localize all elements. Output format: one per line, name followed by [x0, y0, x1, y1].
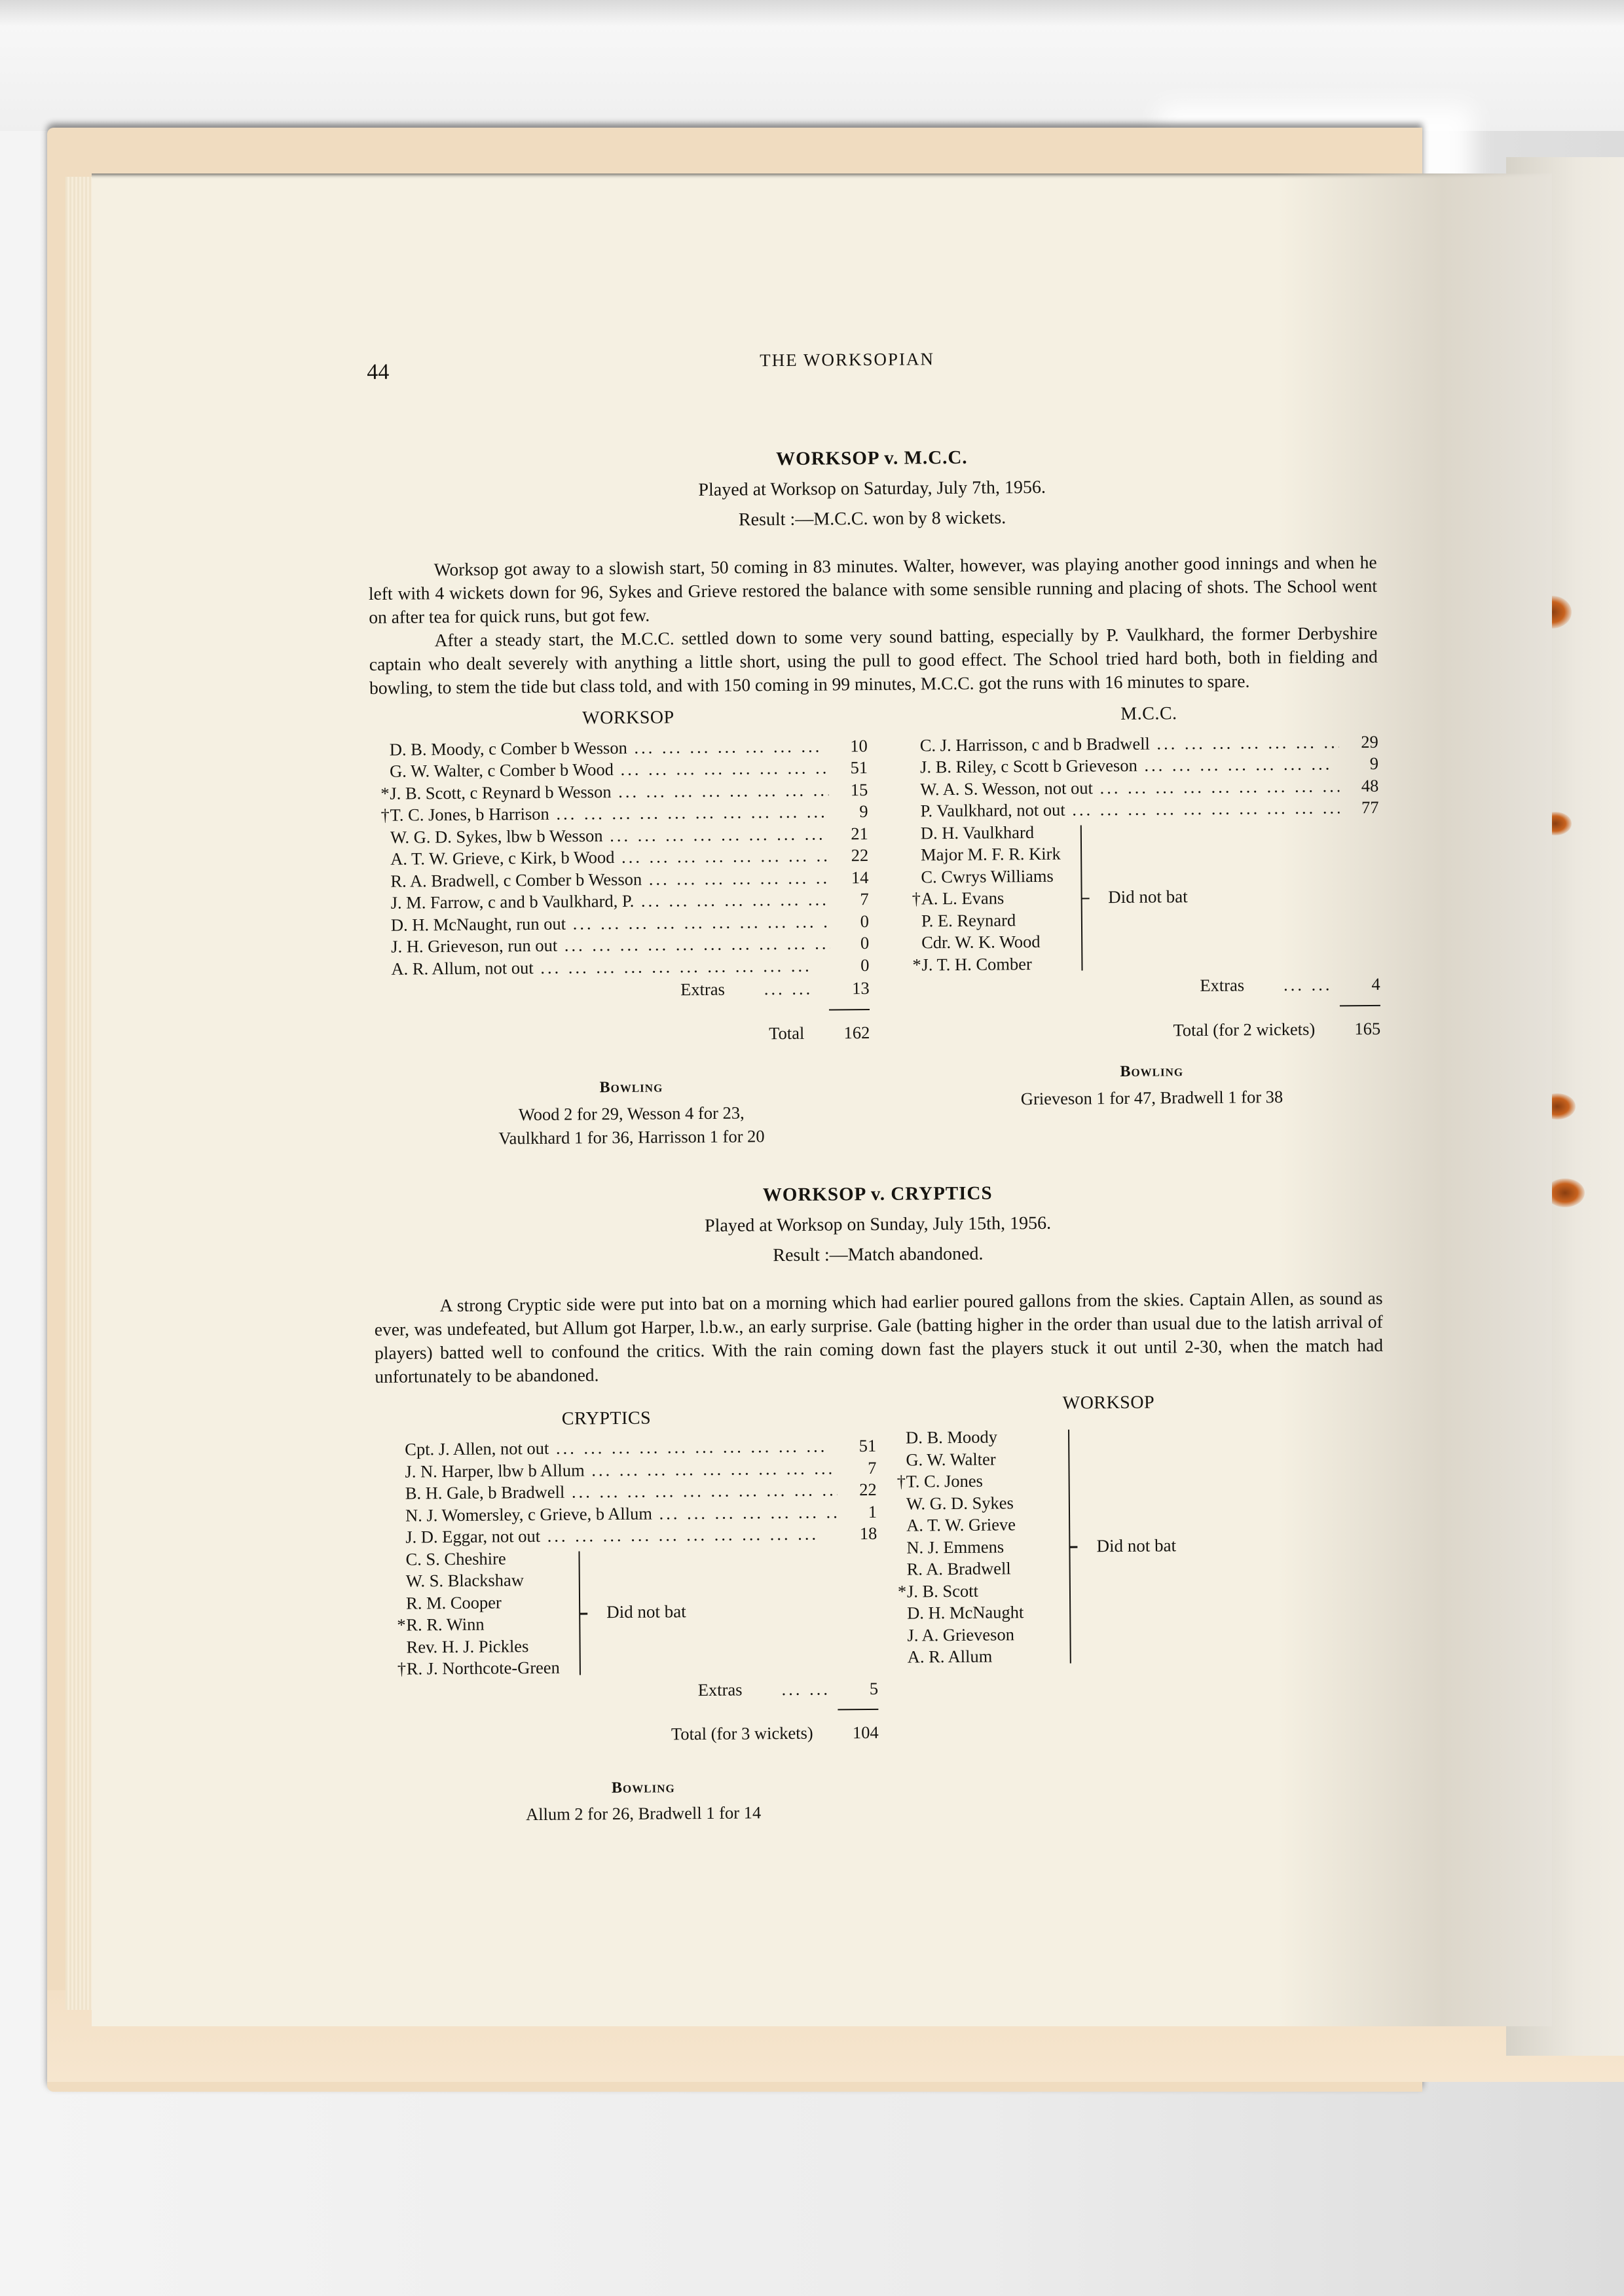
player-name: R. A. Bradwell: [907, 1558, 1011, 1580]
batsman-runs: 15: [828, 779, 868, 801]
player-name: C. Cwrys Williams: [921, 865, 1054, 888]
player-name: N. J. Emmens: [906, 1536, 1004, 1559]
page-number: 44: [367, 360, 389, 385]
did-not-bat-player: †T. C. Jones: [906, 1470, 1023, 1493]
batsman-runs: 9: [1339, 753, 1378, 775]
bowling-heading: Bowling: [392, 1075, 870, 1101]
match-worksop-v-mcc: WORKSOP v. M.C.C. Played at Worksop on S…: [367, 444, 1381, 1151]
batsman-runs: 21: [829, 823, 868, 845]
batsman-runs: 48: [1339, 774, 1378, 797]
did-not-bat-player: D. B. Moody: [906, 1426, 1022, 1449]
innings-cryptics: CRYPTICS Cpt. J. Allen, not out51J. N. H…: [405, 1393, 879, 1827]
player-name: W. S. Blackshaw: [406, 1569, 524, 1592]
bowling-figures: Grieveson 1 for 47, Bradwell 1 for 38: [923, 1084, 1381, 1110]
did-not-bat-group: C. S. CheshireW. S. BlackshawR. M. Coope…: [405, 1544, 878, 1680]
batsman-dismissal: Cpt. J. Allen, not out: [405, 1435, 837, 1461]
total-value: 104: [840, 1722, 879, 1744]
match-report: A strong Cryptic side were put into bat …: [374, 1286, 1383, 1388]
match-venue: Played at Worksop on Saturday, July 7th,…: [368, 475, 1376, 503]
did-not-bat-label: Did not bat: [1096, 1535, 1176, 1557]
player-name: J. B. Scott: [907, 1580, 978, 1602]
batsman-row: R. A. Bradwell, c Comber b Wesson14: [390, 867, 868, 892]
leader-dots: ... ...: [781, 1678, 830, 1700]
did-not-bat-player: †R. J. Northcote-Green: [407, 1657, 560, 1680]
player-name: A. L. Evans: [921, 887, 1005, 909]
batsman-row: B. H. Gale, b Bradwell22: [405, 1479, 877, 1504]
did-not-bat-player: Rev. H. J. Pickles: [406, 1635, 559, 1658]
batsman-row: P. Vaulkhard, not out77: [920, 797, 1378, 822]
batsman-row: W. A. S. Wesson, not out48: [920, 774, 1378, 800]
did-not-bat-player: A. T. W. Grieve: [906, 1514, 1023, 1537]
did-not-bat-player: P. E. Reynard: [921, 909, 1061, 932]
player-name: J. A. Grieveson: [907, 1624, 1014, 1647]
batsman-runs: 0: [830, 932, 869, 955]
player-name: G. W. Walter: [906, 1448, 995, 1471]
did-not-bat-player: R. A. Bradwell: [907, 1558, 1024, 1580]
extras-value: 5: [870, 1677, 879, 1700]
batsman-row: W. G. D. Sykes, lbw b Wesson21: [390, 823, 868, 848]
batsman-dismissal: G. W. Walter, c Comber b Wood: [390, 757, 828, 782]
batsman-row: G. W. Walter, c Comber b Wood51: [390, 757, 868, 782]
batsman-dismissal: D. B. Moody, c Comber b Wesson: [390, 735, 828, 761]
batsman-row: C. J. Harrisson, c and b Bradwell29: [920, 731, 1378, 756]
batsman-row: J. N. Harper, lbw b Allum7: [405, 1457, 876, 1482]
batting-list: D. B. Moody, c Comber b Wesson10G. W. Wa…: [390, 735, 870, 980]
bowling-line: Allum 2 for 26, Bradwell 1 for 14: [407, 1800, 879, 1827]
batsman-row: A. R. Allum, not out0: [391, 955, 869, 980]
extras-value: 13: [852, 977, 870, 1000]
match-result: Result :—Match abandoned.: [374, 1240, 1382, 1269]
match-venue: Played at Worksop on Sunday, July 15th, …: [373, 1210, 1382, 1239]
batsman-row: D. B. Moody, c Comber b Wesson10: [390, 735, 868, 761]
journal-title: THE WORKSOPIAN: [760, 349, 934, 371]
did-not-bat-player: G. W. Walter: [906, 1448, 1022, 1471]
bowling-line: Wood 2 for 29, Wesson 4 for 23,: [392, 1099, 870, 1127]
batsman-dismissal: D. H. McNaught, run out: [391, 911, 830, 936]
innings-worksop: WORKSOP D. B. Moody, c Comber b Wesson10…: [389, 705, 870, 1150]
player-mark: *: [912, 954, 921, 976]
batsman-runs: 14: [829, 867, 868, 889]
player-name: Rev. H. J. Pickles: [406, 1635, 528, 1658]
batsman-dismissal: T. C. Jones, b Harrison: [390, 801, 828, 826]
batsman-runs: 51: [837, 1435, 876, 1457]
batsman-dismissal: N. J. Womersley, c Grieve, b Allum: [405, 1501, 838, 1527]
player-name: Cdr. W. K. Wood: [921, 931, 1041, 954]
batsman-dismissal: J. M. Farrow, c and b Vaulkhard, P.: [391, 888, 830, 914]
player-name: C. S. Cheshire: [405, 1548, 506, 1571]
batsman-dismissal: W. A. S. Wesson, not out: [920, 775, 1339, 801]
batsman-runs: 77: [1339, 797, 1378, 819]
player-mark: *: [898, 1580, 907, 1603]
batsman-runs: 7: [837, 1457, 876, 1479]
did-not-bat-group: D. B. MoodyG. W. Walter†T. C. JonesW. G.…: [906, 1424, 1307, 1668]
player-mark: *: [380, 782, 390, 805]
total-row: Total (for 2 wickets) 165: [922, 1017, 1380, 1043]
extras-value: 4: [1371, 974, 1380, 996]
batsman-dismissal: A. R. Allum, not out: [391, 955, 830, 980]
player-name: Major M. F. R. Kirk: [921, 843, 1061, 866]
report-paragraph: After a steady start, the M.C.C. settled…: [369, 621, 1378, 700]
player-mark: †: [912, 888, 921, 910]
batsman-dismissal: J. B. Riley, c Scott b Grieveson: [920, 753, 1339, 778]
brace: [1068, 1429, 1086, 1663]
total-value: 162: [830, 1021, 870, 1044]
batsman-dismissal: C. J. Harrisson, c and b Bradwell: [920, 731, 1339, 757]
batsman-runs: 22: [829, 845, 868, 867]
player-name: T. C. Jones: [906, 1470, 984, 1493]
scorecards: CRYPTICS Cpt. J. Allen, not out51J. N. H…: [375, 1389, 1387, 1827]
extras-label: Extras: [1200, 975, 1244, 997]
batsman-runs: 22: [838, 1479, 877, 1501]
did-not-bat-label: Did not bat: [1108, 886, 1188, 908]
total-rule: [1340, 1004, 1380, 1006]
batting-list: Cpt. J. Allen, not out51J. N. Harper, lb…: [405, 1435, 877, 1548]
team-name: WORKSOP: [389, 705, 867, 731]
batsman-dismissal: J. B. Scott, c Reynard b Wesson: [390, 779, 828, 805]
innings-mcc: M.C.C. C. J. Harrisson, c and b Bradwell…: [919, 701, 1381, 1146]
extras-label: Extras: [680, 979, 725, 1001]
batsman-row: D. H. McNaught, run out0: [391, 911, 869, 936]
did-not-bat-list: C. S. CheshireW. S. BlackshawR. M. Coope…: [405, 1547, 560, 1680]
batsman-dismissal: P. Vaulkhard, not out: [920, 797, 1339, 822]
player-mark: *: [397, 1614, 406, 1637]
bowling-figures: Wood 2 for 29, Wesson 4 for 23, Vaulkhar…: [392, 1099, 871, 1150]
batsman-runs: 18: [838, 1523, 877, 1545]
extras-label: Extras: [698, 1679, 743, 1701]
batsman-dismissal: J. H. Grieveson, run out: [391, 932, 830, 958]
player-name: R. R. Winn: [406, 1614, 484, 1636]
player-name: D. H. Vaulkhard: [921, 822, 1034, 845]
batsman-row: J. B. Riley, c Scott b Grieveson9: [920, 753, 1378, 778]
player-name: A. T. W. Grieve: [906, 1514, 1016, 1537]
bowling-heading: Bowling: [407, 1775, 879, 1800]
extras-row: Extras ... ... 13: [392, 977, 870, 1003]
did-not-bat-player: D. H. McNaught: [907, 1601, 1024, 1624]
did-not-bat-player: Cdr. W. K. Wood: [921, 931, 1061, 954]
did-not-bat-player: D. H. Vaulkhard: [921, 821, 1061, 844]
brace: [1080, 825, 1097, 971]
bowling-figures: Allum 2 for 26, Bradwell 1 for 14: [407, 1800, 879, 1827]
batsman-dismissal: B. H. Gale, b Bradwell: [405, 1479, 838, 1504]
player-name: J. T. H. Comber: [921, 953, 1032, 976]
batsman-runs: 7: [830, 888, 869, 911]
player-mark: †: [397, 1658, 407, 1681]
team-name: CRYPTICS: [562, 1405, 876, 1429]
match-title: WORKSOP v. CRYPTICS: [373, 1179, 1382, 1209]
batsman-row: J. M. Farrow, c and b Vaulkhard, P.7: [391, 888, 869, 914]
did-not-bat-list: D. B. MoodyG. W. Walter†T. C. JonesW. G.…: [906, 1426, 1024, 1668]
total-label: Total (for 2 wickets): [1173, 1018, 1315, 1041]
batsman-row: J. H. Grieveson, run out0: [391, 932, 869, 958]
did-not-bat-player: W. G. D. Sykes: [906, 1492, 1023, 1515]
batsman-row: Cpt. J. Allen, not out51: [405, 1435, 876, 1461]
batsman-runs: 1: [838, 1501, 877, 1523]
match-result: Result :—M.C.C. won by 8 wickets.: [368, 505, 1376, 534]
did-not-bat-player: W. S. Blackshaw: [406, 1569, 559, 1592]
total-rule: [829, 1008, 870, 1010]
player-name: P. E. Reynard: [921, 909, 1016, 932]
did-not-bat-list: D. H. VaulkhardMajor M. F. R. KirkC. Cwr…: [921, 821, 1061, 975]
batsman-runs: 0: [830, 955, 869, 977]
player-mark: †: [897, 1471, 906, 1493]
total-label: Total (for 3 wickets): [671, 1722, 813, 1745]
did-not-bat-label: Did not bat: [606, 1601, 686, 1623]
did-not-bat-player: J. A. Grieveson: [907, 1624, 1024, 1647]
scorecards: WORKSOP D. B. Moody, c Comber b Wesson10…: [369, 701, 1381, 1151]
player-name: D. H. McNaught: [907, 1601, 1024, 1624]
did-not-bat-player: *J. B. Scott: [907, 1580, 1024, 1603]
batsman-runs: 29: [1339, 731, 1378, 753]
batsman-row: A. T. W. Grieve, c Kirk, b Wood22: [390, 845, 868, 870]
bowling-heading: Bowling: [923, 1059, 1381, 1085]
extras-row: Extras ... ... 5: [407, 1677, 878, 1703]
batsman-dismissal: R. A. Bradwell, c Comber b Wesson: [390, 867, 829, 892]
match-title: WORKSOP v. M.C.C.: [367, 444, 1376, 473]
batsman-runs: 10: [828, 735, 868, 757]
bowling-line: Grieveson 1 for 47, Bradwell 1 for 38: [923, 1084, 1381, 1110]
player-name: W. G. D. Sykes: [906, 1492, 1014, 1515]
batsman-row: J. D. Eggar, not out18: [405, 1523, 877, 1548]
did-not-bat-player: C. Cwrys Williams: [921, 865, 1061, 888]
did-not-bat-player: N. J. Emmens: [906, 1536, 1023, 1559]
batsman-row: *J. B. Scott, c Reynard b Wesson15: [390, 779, 868, 805]
extras-row: Extras ... ... 4: [922, 974, 1380, 999]
player-mark: †: [380, 805, 390, 827]
batsman-dismissal: J. D. Eggar, not out: [405, 1523, 838, 1548]
batsman-runs: 0: [830, 911, 869, 933]
batsman-dismissal: J. N. Harper, lbw b Allum: [405, 1457, 837, 1483]
leader-dots: ... ...: [1283, 974, 1333, 996]
did-not-bat-player: R. M. Cooper: [406, 1591, 559, 1614]
total-row: Total (for 3 wickets) 104: [407, 1722, 879, 1747]
batting-list: C. J. Harrisson, c and b Bradwell29J. B.…: [920, 731, 1379, 822]
player-name: D. B. Moody: [906, 1426, 997, 1449]
did-not-bat-player: *R. R. Winn: [406, 1613, 559, 1636]
leader-dots: ... ...: [764, 978, 813, 1000]
did-not-bat-player: *J. T. H. Comber: [921, 953, 1061, 975]
report-paragraph: Worksop got away to a slowish start, 50 …: [369, 551, 1378, 629]
page-content: 44 THE WORKSOPIAN WORKSOP v. M.C.C. Play…: [367, 339, 1387, 1827]
running-head: 44 THE WORKSOPIAN: [367, 339, 1376, 393]
brace: [578, 1551, 595, 1675]
batsman-runs: 9: [828, 801, 868, 823]
total-label: Total: [769, 1022, 804, 1044]
bowling-line: Vaulkhard 1 for 36, Harrisson 1 for 20: [392, 1123, 870, 1150]
batsman-dismissal: W. G. D. Sykes, lbw b Wesson: [390, 823, 829, 848]
match-worksop-v-cryptics: WORKSOP v. CRYPTICS Played at Worksop on…: [373, 1179, 1387, 1827]
team-name: M.C.C.: [919, 701, 1378, 727]
did-not-bat-player: Major M. F. R. Kirk: [921, 843, 1061, 866]
player-name: R. J. Northcote-Green: [407, 1657, 560, 1680]
did-not-bat-player: C. S. Cheshire: [405, 1547, 559, 1570]
batsman-row: N. J. Womersley, c Grieve, b Allum1: [405, 1501, 877, 1526]
match-report: Worksop got away to a slowish start, 50 …: [369, 551, 1378, 700]
team-name: WORKSOP: [1063, 1390, 1305, 1413]
batsman-dismissal: A. T. W. Grieve, c Kirk, b Wood: [390, 845, 829, 870]
total-rule: [838, 1709, 878, 1710]
report-paragraph: A strong Cryptic side were put into bat …: [374, 1286, 1383, 1388]
did-not-bat-group: D. H. VaulkhardMajor M. F. R. KirkC. Cwr…: [921, 818, 1380, 975]
total-row: Total 162: [392, 1021, 870, 1047]
player-name: A. R. Allum: [908, 1646, 993, 1669]
batsman-row: †T. C. Jones, b Harrison9: [390, 801, 868, 826]
did-not-bat-player: †A. L. Evans: [921, 887, 1061, 910]
total-value: 165: [1341, 1017, 1380, 1040]
did-not-bat-player: A. R. Allum: [908, 1645, 1024, 1668]
innings-worksop: WORKSOP D. B. MoodyG. W. Walter†T. C. Jo…: [886, 1390, 1308, 1823]
batsman-runs: 51: [828, 757, 868, 779]
player-name: R. M. Cooper: [406, 1592, 502, 1614]
